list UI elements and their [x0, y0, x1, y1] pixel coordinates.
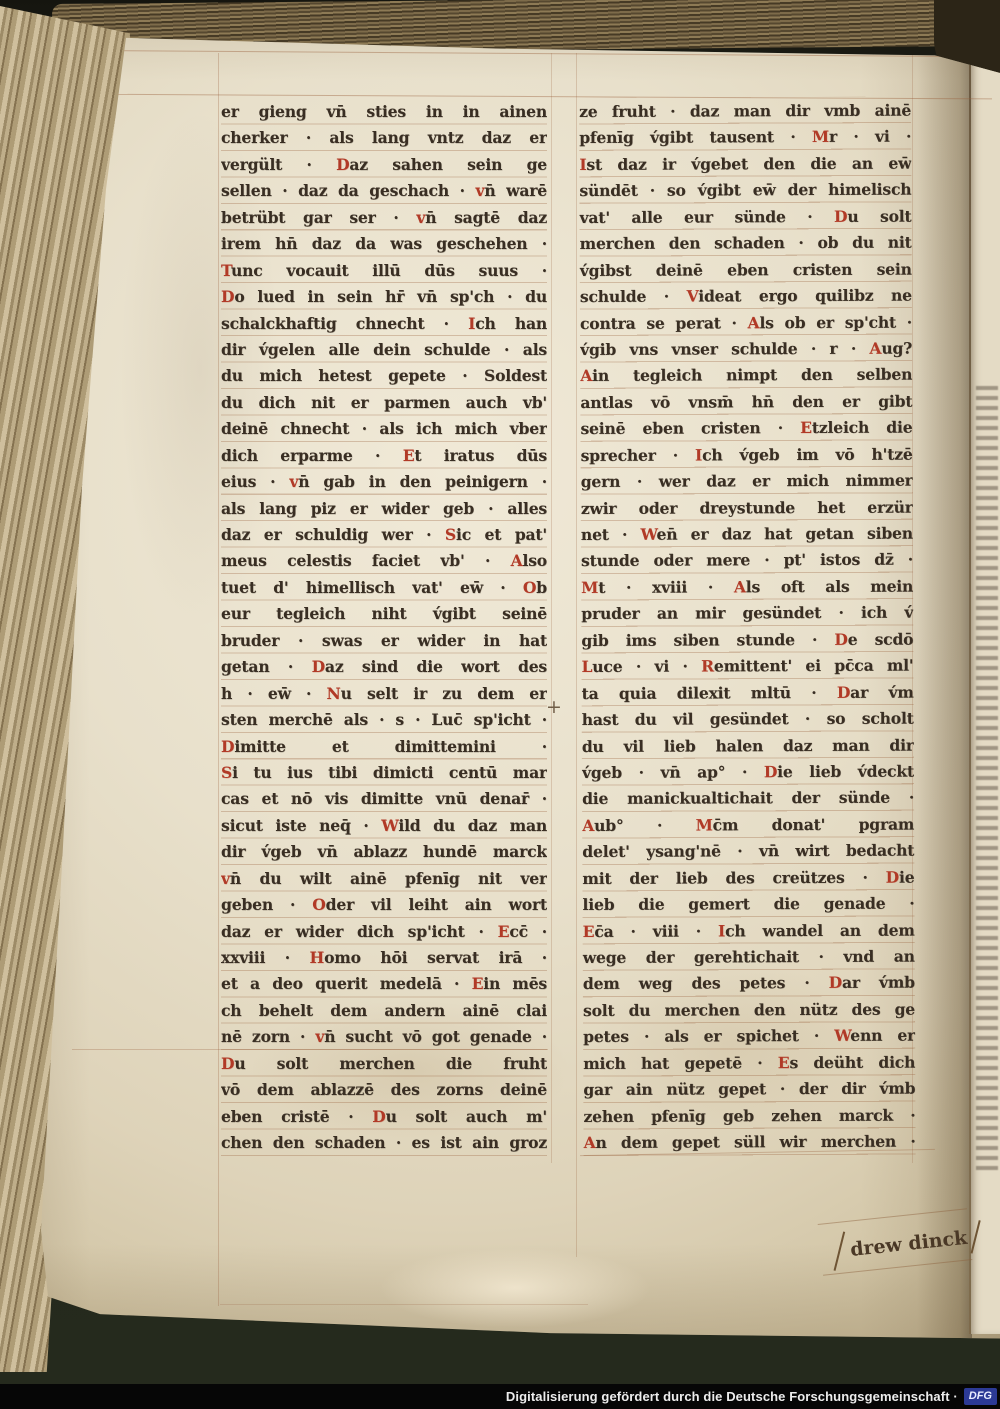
manuscript-line: du mich hetest gepete · Soldest — [221, 362, 547, 388]
manuscript-line: du dich nit er parmen auch vb' — [221, 389, 547, 415]
manuscript-line: pruder an mir gesündet · ich v́ — [581, 599, 913, 627]
manuscript-line: h · ew̄ · Nu selt ir zu dem er — [221, 680, 547, 706]
digitization-credit-text: Digitalisierung gefördert durch die Deut… — [506, 1389, 958, 1404]
manuscript-line: ze fruht · daz man dir vmb ainē — [579, 97, 911, 125]
catchword-text: drew dinck — [849, 1227, 968, 1261]
ruling-line — [551, 53, 552, 1163]
manuscript-line: zehen pfenīg geb zehen marck · — [583, 1101, 915, 1129]
manuscript-line: schalckhaftig chnecht · Ich han — [221, 310, 547, 336]
manuscript-line: vn̄ du wilt ainē pfenīg nit ver — [221, 865, 547, 891]
manuscript-page: + + er gieng vn̄ sties in in ainencherke… — [0, 0, 1000, 1352]
manuscript-line: er gieng vn̄ sties in in ainen — [221, 98, 547, 124]
manuscript-line: du vil lieb halen daz man dir — [582, 731, 914, 759]
manuscript-line: gar ain nütz gepet · der dir v́mb — [583, 1075, 915, 1103]
manuscript-line: dir v́gelen alle dein schulde · als — [221, 336, 547, 362]
manuscript-line: An dem gepet süll wir merchen · — [583, 1128, 915, 1156]
manuscript-line: sicut iste neq̄ · Wild du daz man — [221, 812, 547, 838]
manuscript-line: bruder · swas er wider in hat — [221, 627, 547, 653]
manuscript-line: delet' ysang'nē · vn̄ wirt bedacht — [582, 837, 914, 865]
manuscript-line: daz er schuldig wer · Sic et pat' — [221, 521, 547, 547]
manuscript-line: wege der gerehtichait · vnd an — [583, 943, 915, 971]
manuscript-line: v́geb · vn̄ ap° · Die lieb v́deckt — [582, 757, 914, 785]
manuscript-line: stunde oder mere · pt' istos dz̄ · — [581, 546, 913, 574]
manuscript-line: Ec̄a · viii · Ich wandel an dem — [583, 916, 915, 944]
manuscript-line: irem hn̄ daz da was geschehen · — [221, 230, 547, 256]
ruling-line — [576, 53, 577, 1257]
manuscript-line: daz er wider dich sp'icht · Ecc̄ · — [221, 918, 547, 944]
manuscript-line: Du solt merchen die fruht — [221, 1050, 547, 1076]
manuscript-line: v́gibst deinē eben cristen sein — [580, 255, 912, 283]
dfg-credit-bar: Digitalisierung gefördert durch die Deut… — [0, 1384, 1000, 1409]
manuscript-line: zwir oder dreystunde het erzür — [581, 493, 913, 521]
manuscript-line: Tunc vocauit illū dūs suus · — [221, 257, 547, 283]
ruling-line — [218, 53, 219, 1306]
intercolumn-cross-mark: + — [546, 696, 562, 718]
digitized-scan: + + er gieng vn̄ sties in in ainencherke… — [0, 0, 1000, 1409]
manuscript-line: cas et nō vis dimitte vnū denar̄ · — [221, 785, 547, 811]
manuscript-line: sprecher · Ich v́geb im vō h'tzē — [580, 440, 912, 468]
manuscript-line: mit der lieb des creützes · Die — [582, 863, 914, 891]
manuscript-line: Si tu ius tibi dimicti centū mar — [221, 759, 547, 785]
manuscript-line: lieb die gemert die genade · — [582, 890, 914, 918]
manuscript-line: solt du merchen den nütz des ge — [583, 995, 915, 1023]
manuscript-line: eben cristē · Du solt auch m' — [221, 1103, 547, 1129]
manuscript-line: eius · vn̄ gab in den peinigern · — [221, 468, 547, 494]
manuscript-line: die manickualtichait der sünde · — [582, 784, 914, 812]
facing-page-text-blur — [976, 386, 998, 1176]
manuscript-line: et a deo querit medelā · Ein mēs — [221, 970, 547, 996]
manuscript-line: Ain tegleich nimpt den selben — [580, 361, 912, 389]
facing-page-sliver — [971, 56, 1000, 1334]
manuscript-line: Mt · xviii · Als oft als mein — [581, 572, 913, 600]
ruling-line — [220, 1304, 588, 1305]
manuscript-line: getan · Daz sind die wort des — [221, 653, 547, 679]
manuscript-line: v́gib vns vnser schulde · r · Aug? — [580, 334, 912, 362]
manuscript-line: ta quia dilexit mltū · Dar v́m — [582, 678, 914, 706]
text-column-right: ze fruht · daz man dir vmb ainēpfenīg v́… — [579, 97, 916, 1158]
manuscript-line: net · Wen̄ er daz hat getan siben — [581, 520, 913, 548]
manuscript-line: Ist daz ir v́gebet den die an ew̄ — [579, 149, 911, 177]
manuscript-line: Luce · vi · Remittent' ei pc̄ca ml' — [581, 652, 913, 680]
manuscript-line: gern · wer daz er mich nimmer — [581, 467, 913, 495]
manuscript-line: chen den schaden · es ist ain groz — [221, 1129, 547, 1155]
manuscript-line: pfenīg v́gibt tausent · Mr · vi · — [579, 123, 911, 151]
manuscript-line: schulde · Videat ergo quilibz ne — [580, 282, 912, 310]
manuscript-line: gib ims siben stunde · De scdō — [581, 625, 913, 653]
manuscript-line: eur tegleich niht v́gibt seinē — [221, 600, 547, 626]
manuscript-line: geben · Oder vil leiht ain wort — [221, 891, 547, 917]
manuscript-line: sellen · daz da geschach · vn̄ warē — [221, 177, 547, 203]
manuscript-line: Dimitte et dimittemini · — [221, 733, 547, 759]
manuscript-line: vō dem ablazzē des zorns deinē — [221, 1076, 547, 1102]
manuscript-line: cherker · als lang vntz daz er — [221, 124, 547, 150]
manuscript-line: Aub° · Mc̄m donat' pgram — [582, 810, 914, 838]
manuscript-line: petes · als er spichet · Wenn er — [583, 1022, 915, 1050]
manuscript-line: als lang piz er wider geb · alles — [221, 495, 547, 521]
text-column-left: er gieng vn̄ sties in in ainencherker · … — [221, 98, 547, 1158]
manuscript-line: dem weg des petes · Dar v́mb — [583, 969, 915, 997]
manuscript-line: contra se perat · Als ob er sp'cht · — [580, 308, 912, 336]
manuscript-line: tuet d' himellisch vat' ew̄ · Ob — [221, 574, 547, 600]
manuscript-line: dir v́geb vn̄ ablazz hundē marck — [221, 838, 547, 864]
manuscript-line: dich erparme · Et iratus dūs — [221, 442, 547, 468]
manuscript-line: seinē eben cristen · Etzleich die — [580, 414, 912, 442]
parchment-stain — [380, 1248, 650, 1328]
manuscript-line: xxviii · Homo hōi servat irā · — [221, 944, 547, 970]
manuscript-line: Do lued in sein hr̄ vn̄ sp'ch · du — [221, 283, 547, 309]
dfg-logo: DFG — [964, 1388, 997, 1405]
manuscript-line: hast du vil gesündet · so scholt — [582, 705, 914, 733]
manuscript-line: merchen den schaden · ob du nit — [580, 229, 912, 257]
manuscript-line: deinē chnecht · als ich mich vber — [221, 415, 547, 441]
manuscript-line: nē zorn · vn̄ sucht vō got genade · — [221, 1023, 547, 1049]
manuscript-line: meus celestis faciet vb' · Also — [221, 547, 547, 573]
manuscript-line: betrübt gar ser · vn̄ sagtē daz — [221, 204, 547, 230]
manuscript-line: mich hat gepetē · Es deüht dich — [583, 1048, 915, 1076]
manuscript-line: sündēt · so v́gibt ew̄ der himelisch — [579, 176, 911, 204]
manuscript-line: vergült · Daz sahen sein ge — [221, 151, 547, 177]
manuscript-line: sten merchē als · s · Luc̄ sp'icht · — [221, 706, 547, 732]
manuscript-line: ch behelt dem andern ainē clai — [221, 997, 547, 1023]
manuscript-line: vat' alle eur sünde · Du solt — [579, 202, 911, 230]
manuscript-line: antlas vō vnsm̄ hn̄ den er gibt — [580, 387, 912, 415]
